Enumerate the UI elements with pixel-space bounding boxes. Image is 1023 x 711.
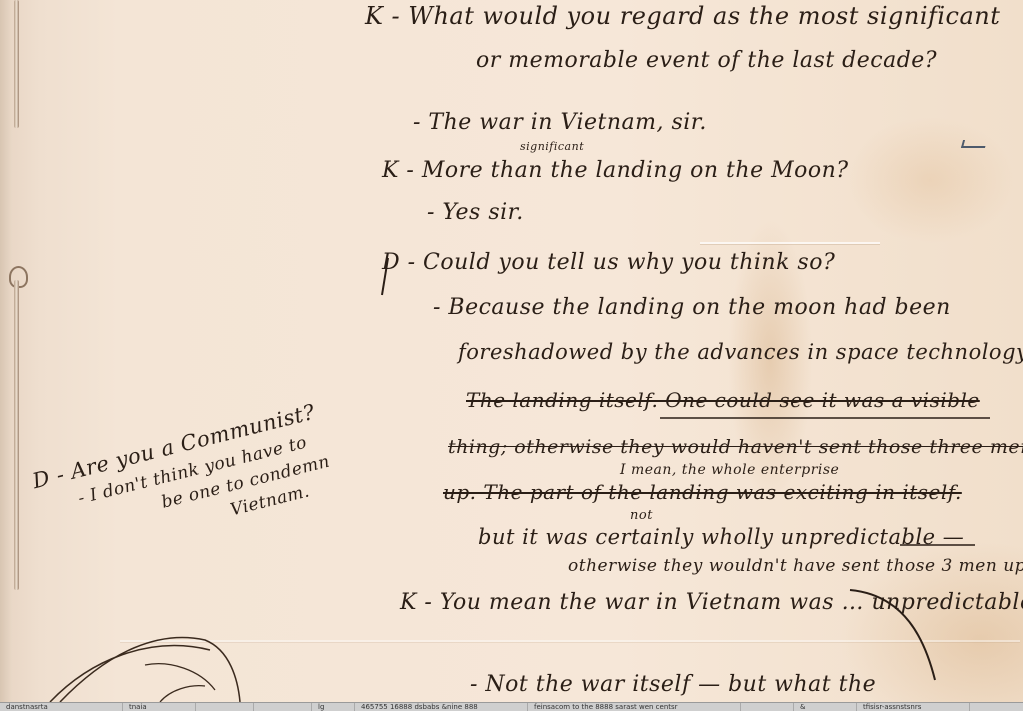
- table-cell: &: [794, 703, 857, 711]
- table-cell: lg: [312, 703, 355, 711]
- table-cell: danstnasrta: [0, 703, 123, 711]
- manuscript-page: K - What would you regard as the most si…: [0, 0, 1023, 702]
- table-cell: [741, 703, 794, 711]
- clipped-table-row: danstnasrta tnaia lg 465755 16888 dsbabs…: [0, 702, 1023, 711]
- table-cell: 465755 16888 dsbabs &nine 888: [355, 703, 528, 711]
- ink-strokes: [0, 0, 1023, 702]
- table-cell: tnaia: [123, 703, 196, 711]
- table-cell: [196, 703, 254, 711]
- table-cell: [254, 703, 312, 711]
- table-cell: tfisisr-assnstsnrs: [857, 703, 970, 711]
- table-cell: feinsacom to the 8888 sarast wen centsr: [528, 703, 741, 711]
